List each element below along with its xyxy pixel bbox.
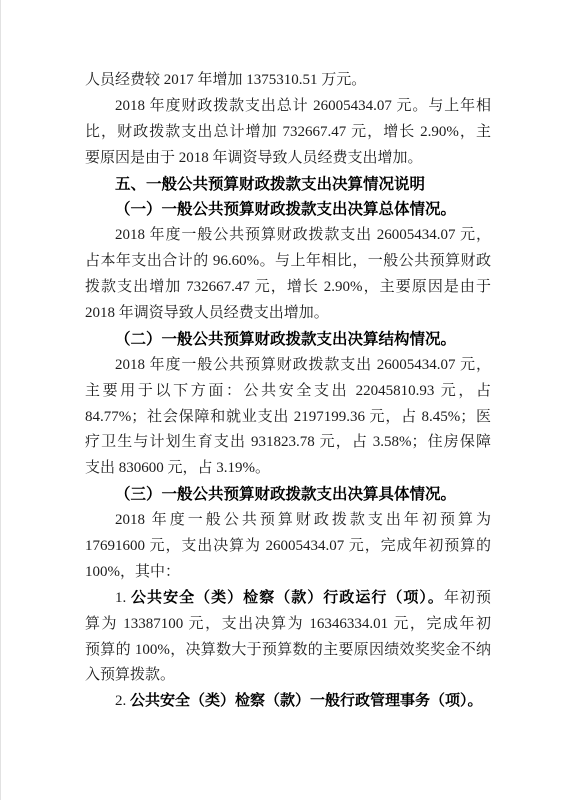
body-line: 预算的 100%，决算数大于预算数的主要原因绩效奖奖金不纳: [85, 638, 491, 664]
text-segment: 84.77%；社会保障和就业支出 2197199.36 元，占 8.45%；医: [85, 409, 491, 425]
text-segment: 人员经费较 2017 年增加 1375310.51 万元。: [85, 72, 366, 88]
text-segment: 2018 年调资导致人员经费支出增加。: [85, 305, 329, 321]
body-line: 2018 年度财政拨款支出总计 26005434.07 元。与上年相: [85, 94, 491, 120]
bold-text-segment: （三）一般公共预算财政拨款支出决算具体情况。: [115, 486, 456, 503]
text-segment: 要原因是由于 2018 年调资导致人员经费支出增加。: [85, 150, 423, 166]
section-heading: 五、一般公共预算财政拨款支出决算情况说明: [85, 172, 491, 198]
body-line: 2018 年度一般公共预算财政拨款支出 26005434.07 元，: [85, 223, 491, 249]
body-line: 主要用于以下方面：公共安全支出 22045810.93 元，占: [85, 379, 491, 405]
body-line: 疗卫生与计划生育支出 931823.78 元，占 3.58%；住房保障: [85, 430, 491, 456]
body-line: 人员经费较 2017 年增加 1375310.51 万元。: [85, 68, 491, 94]
text-segment: 100%，其中：: [85, 564, 180, 580]
item-line: 1. 公共安全（类）检察（款）行政运行（项）。年初预: [85, 586, 491, 612]
text-segment: 2.: [115, 693, 130, 709]
subsection-heading: （三）一般公共预算财政拨款支出决算具体情况。: [85, 482, 491, 508]
body-line: 100%，其中：: [85, 560, 491, 586]
text-segment: 预算的 100%，决算数大于预算数的主要原因绩效奖奖金不纳: [85, 642, 491, 658]
body-line: 2018 年度一般公共预算财政拨款支出年初预算为: [85, 508, 491, 534]
subsection-heading: （一）一般公共预算财政拨款支出决算总体情况。: [85, 197, 491, 223]
text-segment: 占本年支出合计的 96.60%。与上年相比，一般公共预算财政: [85, 253, 491, 269]
body-line: 比，财政拨款支出总计增加 732667.47 元，增长 2.90%，主: [85, 120, 491, 146]
text-segment: 年初预: [444, 590, 491, 606]
body-line: 支出 830600 元，占 3.19%。: [85, 456, 491, 482]
text-segment: 入预算拨款。: [85, 667, 175, 683]
bold-text-segment: （二）一般公共预算财政拨款支出决算结构情况。: [115, 331, 456, 348]
item-line: 2. 公共安全（类）检察（款）一般行政管理事务（项）。: [85, 689, 491, 715]
body-line: 2018 年度一般公共预算财政拨款支出 26005434.07 元，: [85, 353, 491, 379]
document-page: 人员经费较 2017 年增加 1375310.51 万元。2018 年度财政拨款…: [0, 0, 565, 800]
bold-text-segment: 公共安全（类）检察（款）一般行政管理事务（项）。: [130, 693, 483, 709]
body-line: 占本年支出合计的 96.60%。与上年相比，一般公共预算财政: [85, 249, 491, 275]
body-line: 拨款支出增加 732667.47 元，增长 2.90%，主要原因是由于: [85, 275, 491, 301]
text-segment: 1.: [115, 590, 131, 606]
bold-text-segment: 公共安全（类）检察（款）行政运行（项）。: [131, 590, 444, 606]
body-line: 算为 13387100 元，支出决算为 16346334.01 元，完成年初: [85, 612, 491, 638]
body-line: 84.77%；社会保障和就业支出 2197199.36 元，占 8.45%；医: [85, 405, 491, 431]
text-segment: 支出 830600 元，占 3.19%。: [85, 460, 270, 476]
text-segment: 疗卫生与计划生育支出 931823.78 元，占 3.58%；住房保障: [85, 434, 491, 450]
text-segment: 2018 年度一般公共预算财政拨款支出 26005434.07 元，: [115, 357, 491, 373]
text-segment: 17691600 元，支出决算为 26005434.07 元，完成年初预算的: [85, 538, 491, 554]
text-segment: 拨款支出增加 732667.47 元，增长 2.90%，主要原因是由于: [85, 279, 491, 295]
document-text-block: 人员经费较 2017 年增加 1375310.51 万元。2018 年度财政拨款…: [85, 68, 491, 715]
text-segment: 2018 年度一般公共预算财政拨款支出年初预算为: [115, 512, 491, 528]
text-segment: 比，财政拨款支出总计增加 732667.47 元，增长 2.90%，主: [85, 124, 491, 140]
text-segment: 主要用于以下方面：公共安全支出 22045810.93 元，占: [85, 383, 491, 399]
body-line: 2018 年调资导致人员经费支出增加。: [85, 301, 491, 327]
body-line: 17691600 元，支出决算为 26005434.07 元，完成年初预算的: [85, 534, 491, 560]
bold-text-segment: 五、一般公共预算财政拨款支出决算情况说明: [115, 176, 425, 193]
subsection-heading: （二）一般公共预算财政拨款支出决算结构情况。: [85, 327, 491, 353]
text-segment: 2018 年度一般公共预算财政拨款支出 26005434.07 元，: [115, 227, 491, 243]
text-segment: 2018 年度财政拨款支出总计 26005434.07 元。与上年相: [115, 98, 491, 114]
bold-text-segment: （一）一般公共预算财政拨款支出决算总体情况。: [115, 201, 456, 218]
body-line: 要原因是由于 2018 年调资导致人员经费支出增加。: [85, 146, 491, 172]
body-line: 入预算拨款。: [85, 663, 491, 689]
text-segment: 算为 13387100 元，支出决算为 16346334.01 元，完成年初: [85, 616, 491, 632]
